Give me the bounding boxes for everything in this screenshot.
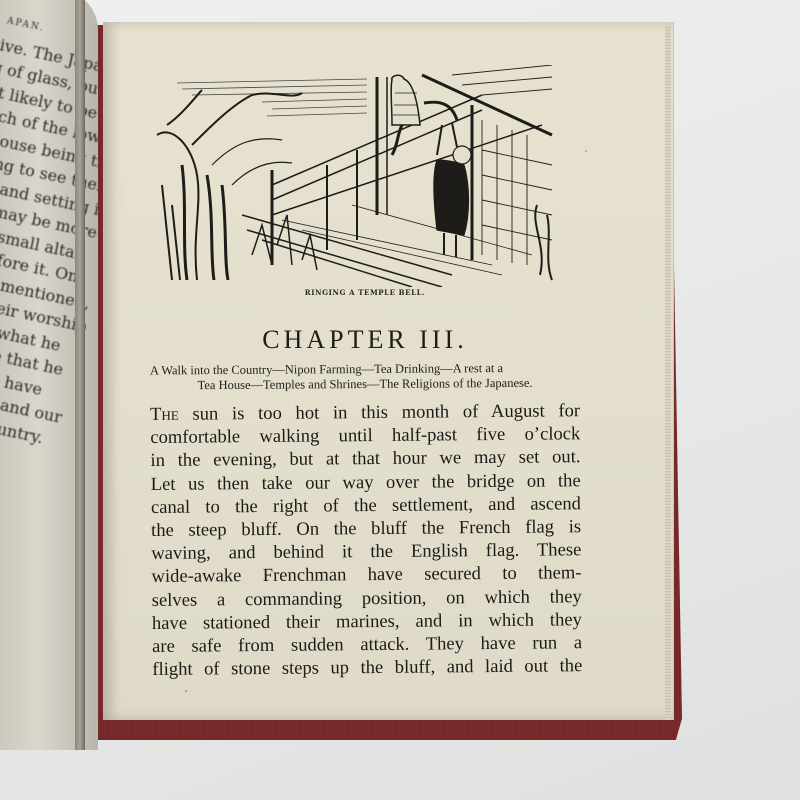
body-text: The sun is too hot in this month of Augu… [150, 399, 582, 681]
chapter-title: CHAPTER III. [140, 325, 590, 355]
first-line-text: sun is too hot in this month of August f… [179, 400, 580, 425]
chapter-summary: A Walk into the Country—Nipon Farming—Te… [150, 360, 580, 393]
body-line: Let us then take our way over the bridge… [151, 469, 581, 496]
body-line: selves a commanding position, on which t… [152, 585, 582, 612]
page-edges [665, 25, 671, 720]
chapter-summary-line: Tea House—Temples and Shrines—The Religi… [150, 375, 580, 393]
left-page: APAN. ensive. The Japanese king of glass… [0, 0, 98, 750]
illustration-caption: RINGING A TEMPLE BELL. [140, 288, 590, 297]
temple-bell-illustration [152, 65, 558, 287]
paper-speck [585, 150, 587, 152]
body-line: in the evening, but at that hour we may … [150, 446, 580, 473]
opening-word: The [150, 404, 179, 425]
gutter-shadow [75, 0, 85, 750]
chapter-summary-line: A Walk into the Country—Nipon Farming—Te… [150, 361, 503, 377]
paper-speck [185, 690, 187, 692]
engraving-icon [152, 65, 558, 287]
body-line: wide-awake Frenchman have secured to the… [151, 562, 581, 589]
body-line: flight of stone steps up the bluff, and … [152, 654, 582, 681]
